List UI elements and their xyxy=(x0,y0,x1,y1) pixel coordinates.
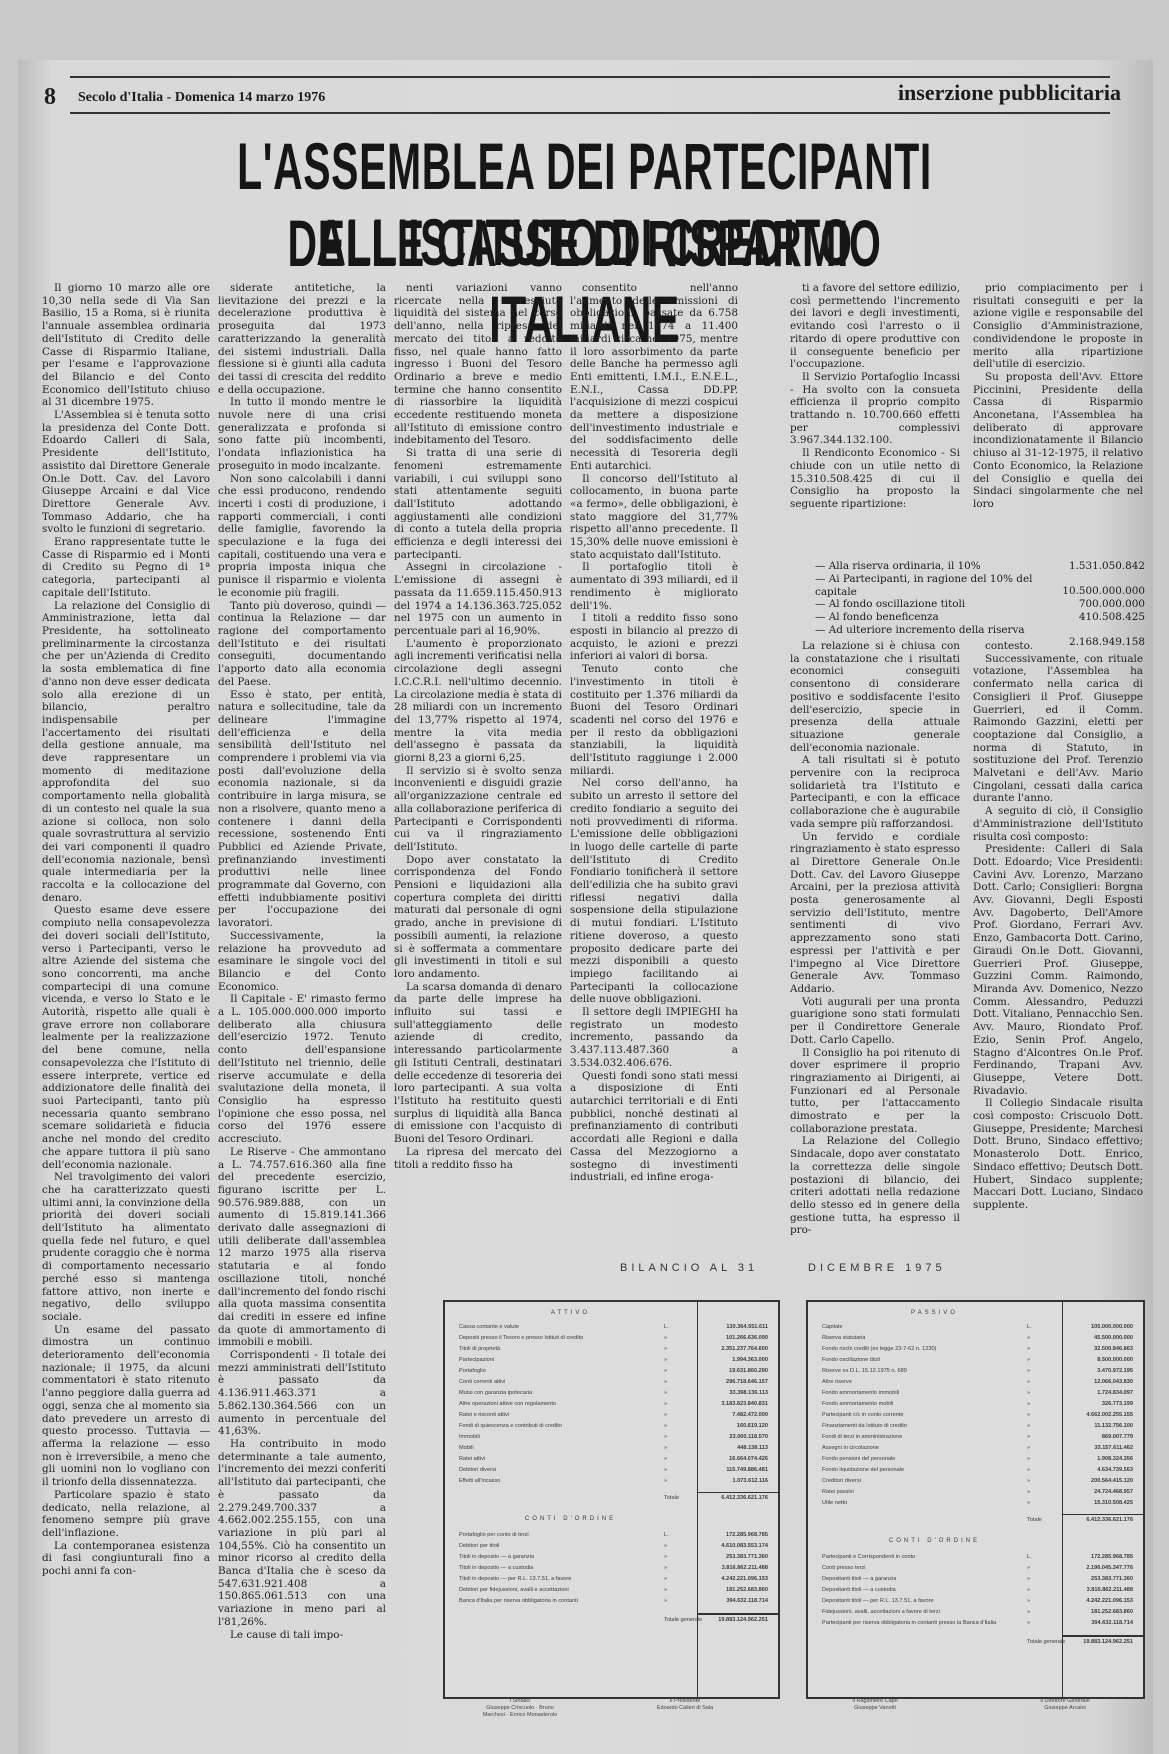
article-paragraph: Voti augurali per una pronta guarigione … xyxy=(790,996,960,1047)
balance-label: Cassa contante e valute xyxy=(459,1324,644,1330)
balance-value: 6.412.336.621.176 xyxy=(721,1495,768,1501)
article-paragraph: Particolare spazio è stato dedicato, nel… xyxy=(42,1489,210,1540)
article-paragraph: Su proposta dell'Avv. Ettore Piccinini, … xyxy=(973,371,1143,511)
article-paragraph: consentito nell'anno l'aumento delle emi… xyxy=(570,282,738,473)
balance-title-left: BILANCIO AL 31 xyxy=(620,1262,758,1274)
signature-names: Giuseppe Vanotti xyxy=(830,1705,920,1712)
article-paragraph: Il Rendiconto Economico - Si chiude con … xyxy=(790,447,960,511)
balance-label: Capitale xyxy=(822,1324,1007,1330)
article-paragraph: Tanto più doveroso, quindi — continua la… xyxy=(218,600,386,689)
article-paragraph: siderate antitetiche, la lievitazione de… xyxy=(218,282,386,396)
balance-label: Creditori diversi xyxy=(822,1478,1007,1484)
article-paragraph: Il settore degli IMPIEGHI ha registrato … xyxy=(570,1006,738,1070)
currency-mark: » xyxy=(664,1390,667,1396)
balance-label: Debitori diversi xyxy=(459,1467,644,1473)
article-paragraph: Le Riserve - Che ammontano a L. 74.757.6… xyxy=(218,1146,386,1349)
balance-row: Cassa contante e valuteL.130.364.551.611 xyxy=(459,1324,772,1332)
currency-mark: » xyxy=(1027,1609,1030,1615)
currency-mark: » xyxy=(664,1379,667,1385)
signature-names: Giuseppe Arcaini xyxy=(1020,1705,1110,1712)
balance-value: 115.749.886.481 xyxy=(726,1467,768,1473)
article-paragraph: I titoli a reddito fisso sono esposti in… xyxy=(570,612,738,663)
signature-block: Il Ragioniere CapoGiuseppe Vanotti xyxy=(830,1698,920,1712)
balance-label: Partecipanti e Corrispondenti in conto xyxy=(822,1554,1007,1560)
currency-mark: » xyxy=(664,1587,667,1593)
article-paragraph: Non sono calcolabili i danni che essi pr… xyxy=(218,473,386,600)
article-paragraph: Esso è stato, per entità, natura e solle… xyxy=(218,689,386,930)
balance-label: Effetti all'incasso xyxy=(459,1478,644,1484)
currency-mark: » xyxy=(664,1346,667,1352)
currency-mark: » xyxy=(664,1478,667,1484)
balance-row: Titoli in deposito — per R.L. 13.7.51, a… xyxy=(459,1576,772,1584)
article-paragraph: Corrispondenti - Il totale dei mezzi amm… xyxy=(218,1349,386,1438)
article-paragraph: Tenuto conto che l'investimento in titol… xyxy=(570,663,738,777)
masthead: Secolo d'Italia - Domenica 14 marzo 1976 xyxy=(78,90,325,106)
balance-row: Effetti all'incasso»1.073.612.116 xyxy=(459,1478,772,1486)
balance-row: Titoli in deposito — a garanzia»253.383.… xyxy=(459,1554,772,1562)
balance-value: 2.196.045.347.776 xyxy=(1086,1565,1133,1571)
article-paragraph: Nel corso dell'anno, ha subito un arrest… xyxy=(570,777,738,1006)
currency-mark: L. xyxy=(1027,1324,1032,1330)
article-paragraph: La contemporanea esistenza di fasi congi… xyxy=(42,1540,210,1578)
article-column-2: siderate antitetiche, la lievitazione de… xyxy=(218,282,386,1752)
balance-value: 253.383.771.360 xyxy=(1091,1576,1133,1582)
balance-label: Fondo liquidazione del personale xyxy=(822,1467,1007,1473)
balance-heading: ATTIVO xyxy=(445,1310,696,1316)
signature-names: Giuseppe Criscuolo · Bruno Marchesi · En… xyxy=(475,1705,565,1719)
article-paragraph: La relazione si è chiusa con la constata… xyxy=(790,640,960,754)
currency-mark: L. xyxy=(664,1532,669,1538)
article-paragraph: A tali risultati si è potuto pervenire c… xyxy=(790,754,960,830)
balance-label: Fondo oscillazione titoli xyxy=(822,1357,1007,1363)
balance-row: CapitaleL.105.000.000.000 xyxy=(822,1324,1137,1332)
article-paragraph: Erano rappresentate tutte le Casse di Ri… xyxy=(42,536,210,600)
currency-mark: » xyxy=(664,1543,667,1549)
article-paragraph: Successivamente, con rituale votazione, … xyxy=(973,653,1143,805)
balance-row: Mobili»448.138.113 xyxy=(459,1445,772,1453)
balance-label: Partecipanti per riserva obbligatoria in… xyxy=(822,1620,1007,1626)
balance-label: Fondo ammortamento immobili xyxy=(822,1390,1007,1396)
balance-label: Conti presso terzi xyxy=(822,1565,1007,1571)
currency-mark: » xyxy=(664,1357,667,1363)
currency-mark: » xyxy=(664,1445,667,1451)
balance-value: 15.310.508.425 xyxy=(1094,1500,1133,1506)
balance-value: 448.138.113 xyxy=(737,1445,768,1451)
balance-row: Totale generale19.883.124.962.251 xyxy=(822,1639,1137,1647)
article-paragraph: ti a favore del settore edilizio, così p… xyxy=(790,282,960,371)
balance-value: 12.066.043.830 xyxy=(1094,1379,1133,1385)
signature-block: Il PresidenteEdoardo Calleri di Sala xyxy=(640,1698,730,1712)
balance-label: Fondo rischi crediti (ex legge 23-7-62 n… xyxy=(822,1346,1007,1352)
currency-mark: » xyxy=(664,1412,667,1418)
balance-label: Ratei attivi xyxy=(459,1456,644,1462)
signature-block: Il Direttore GeneraleGiuseppe Arcaini xyxy=(1020,1698,1110,1712)
balance-row: Debitori per titoli»4.610.083.553.174 xyxy=(459,1543,772,1551)
balance-row: Portafoglio»19.631.860.290 xyxy=(459,1368,772,1376)
balance-value: 2.351.237.764.600 xyxy=(721,1346,768,1352)
balance-value: 394.632.118.714 xyxy=(1091,1620,1133,1626)
article-paragraph: contesto. xyxy=(973,640,1143,653)
balance-value: 1.908.324.356 xyxy=(1097,1456,1133,1462)
signature-role: Il Direttore Generale xyxy=(1020,1698,1110,1705)
currency-mark: » xyxy=(1027,1357,1030,1363)
balance-label: Fondo pensioni del personale xyxy=(822,1456,1007,1462)
currency-mark: » xyxy=(664,1598,667,1604)
article-paragraph: La ripresa del mercato dei titoli a redd… xyxy=(394,1146,562,1171)
balance-label: Depositanti titoli — a garanzia xyxy=(822,1576,1007,1582)
balance-label: Depositi presso il Tesoro e presso Istit… xyxy=(459,1335,644,1341)
balance-value: 105.000.000.000 xyxy=(1091,1324,1133,1330)
balance-row: Altre operazioni attive con regolamento»… xyxy=(459,1401,772,1409)
balance-label: Portafoglio xyxy=(459,1368,644,1374)
balance-label: Mobili xyxy=(459,1445,644,1451)
balance-label: Riserva statutaria xyxy=(822,1335,1007,1341)
balance-label: Fondi di quiescenza e contributi di cred… xyxy=(459,1423,644,1429)
balance-row: Utile netto»15.310.508.425 xyxy=(822,1500,1137,1508)
balance-label: Altre riserve xyxy=(822,1379,1007,1385)
currency-mark: » xyxy=(1027,1445,1030,1451)
total-rule xyxy=(698,1492,778,1493)
balance-heading: PASSIVO xyxy=(808,1310,1061,1316)
balance-row: Assegni in circolazione»33.157.611.462 xyxy=(822,1445,1137,1453)
balance-label: Titoli in deposito — a custodia xyxy=(459,1565,644,1571)
article-paragraph: Nel travolgimento dei valori che ha cara… xyxy=(42,1171,210,1323)
article-paragraph: Il portafoglio titoli è aumentato di 393… xyxy=(570,561,738,612)
balance-row: Partecipanti c/c in conto corrente»4.662… xyxy=(822,1412,1137,1420)
balance-row: Mutui con garanzia ipotecaria»33.398.136… xyxy=(459,1390,772,1398)
balance-label: Ratei passivi xyxy=(822,1489,1007,1495)
balance-row: Fondo pensioni del personale»1.908.324.3… xyxy=(822,1456,1137,1464)
balance-value: 326.773.199 xyxy=(1102,1401,1133,1407)
balance-row: Altre riserve»12.066.043.830 xyxy=(822,1379,1137,1387)
article-paragraph: Si tratta di una serie di fenomeni estre… xyxy=(394,447,562,561)
balance-label: Finanziamenti da Istituto di credito xyxy=(822,1423,1007,1429)
article-paragraph: Il Capitale - E' rimasto fermo a L. 105.… xyxy=(218,993,386,1145)
balance-value: 24.724.468.957 xyxy=(1094,1489,1133,1495)
article-paragraph: Presidente: Calleri di Sala Dott. Edoard… xyxy=(973,843,1143,1097)
article-paragraph: nenti variazioni vanno ricercate nella a… xyxy=(394,282,562,447)
article-paragraph: Assegni in circolazione - L'emissione di… xyxy=(394,561,562,637)
balance-sheet-passivo: PASSIVOCapitaleL.105.000.000.000Riserva … xyxy=(806,1300,1145,1699)
balance-row: Fondo liquidazione del personale»4.634.7… xyxy=(822,1467,1137,1475)
grand-total-rule xyxy=(1063,1635,1143,1637)
balance-row: Depositanti titoli — per R.L. 13.7.51, a… xyxy=(822,1598,1137,1606)
balance-row: Banca d'Italia per riserva obbligatoria … xyxy=(459,1598,772,1606)
balance-label: Titoli di proprietà xyxy=(459,1346,644,1352)
article-paragraph: L'aumento è proporzionato agli increment… xyxy=(394,638,562,765)
balance-label: Debitori per titoli xyxy=(459,1543,644,1549)
balance-row: Totale6.412.336.621.176 xyxy=(459,1495,772,1503)
total-rule xyxy=(1063,1514,1143,1515)
balance-value: 869.007.779 xyxy=(1102,1434,1133,1440)
article-paragraph: La Relazione del Collegio Sindacale, dop… xyxy=(790,1135,960,1237)
balance-row: Creditori diversi»200.564.415.120 xyxy=(822,1478,1137,1486)
article-paragraph: Dopo aver constatato la corrispondenza d… xyxy=(394,854,562,981)
currency-mark: » xyxy=(1027,1500,1030,1506)
grand-total-rule xyxy=(698,1613,778,1615)
balance-row: Riserve ex D.L. 15.12.1975 n. 689»3.470.… xyxy=(822,1368,1137,1376)
balance-label: Immobili xyxy=(459,1434,644,1440)
balance-value: 16.664.074.426 xyxy=(729,1456,768,1462)
balance-row: Depositi presso il Tesoro e presso Istit… xyxy=(459,1335,772,1343)
balance-row: Fondo oscillazione titoli»8.500.000.000 xyxy=(822,1357,1137,1365)
balance-value: 4.242.221.096.153 xyxy=(1086,1598,1133,1604)
balance-value: 181.252.683.860 xyxy=(726,1587,768,1593)
signature-role: I Sindaci xyxy=(475,1698,565,1705)
balance-label: Titoli in deposito — per R.L. 13.7.51, a… xyxy=(459,1576,644,1582)
balance-row: Totale6.412.336.621.176 xyxy=(822,1517,1137,1525)
currency-mark: » xyxy=(664,1576,667,1582)
balance-value: 19.631.860.290 xyxy=(729,1368,768,1374)
article-paragraph: prio compiacimento per i risultati conse… xyxy=(973,282,1143,371)
balance-label: Banca d'Italia per riserva obbligatoria … xyxy=(459,1598,644,1604)
currency-mark: » xyxy=(1027,1423,1030,1429)
currency-mark: » xyxy=(1027,1379,1030,1385)
balance-value: 8.500.000.000 xyxy=(1097,1357,1133,1363)
balance-label: Mutui con garanzia ipotecaria xyxy=(459,1390,644,1396)
currency-mark: Totale xyxy=(1027,1517,1042,1523)
article-paragraph: Le cause di tali impo- xyxy=(218,1629,386,1642)
balance-row: Fondo rischi crediti (ex legge 23-7-62 n… xyxy=(822,1346,1137,1354)
article-paragraph: In tutto il mondo mentre le nuvole nere … xyxy=(218,396,386,472)
currency-mark: Totale xyxy=(664,1495,679,1501)
balance-row: Fidejussioni, avalli, accettazioni a fav… xyxy=(822,1609,1137,1617)
currency-mark: » xyxy=(664,1565,667,1571)
currency-mark: » xyxy=(664,1368,667,1374)
balance-value: 296.718.646.157 xyxy=(726,1379,768,1385)
currency-mark: » xyxy=(1027,1412,1030,1418)
balance-label: Assegni in circolazione xyxy=(822,1445,1007,1451)
balance-label: Partecipazioni xyxy=(459,1357,644,1363)
balance-value: 200.564.415.120 xyxy=(1091,1478,1133,1484)
balance-row: Debitori per fidejussioni, avalli e acce… xyxy=(459,1587,772,1595)
balance-label: Utile netto xyxy=(822,1500,1007,1506)
balance-row: Ratei passivi»24.724.468.957 xyxy=(822,1489,1137,1497)
balance-row: Depositanti titoli — a custodia»3.816.86… xyxy=(822,1587,1137,1595)
balance-label: Fondo ammortamento mobili xyxy=(822,1401,1007,1407)
article-paragraph: Il Collegio Sindacale risulta così compo… xyxy=(973,1097,1143,1211)
balance-label: Riserve ex D.L. 15.12.1975 n. 689 xyxy=(822,1368,1007,1374)
currency-mark: » xyxy=(664,1401,667,1407)
balance-value: 3.183.823.840.831 xyxy=(721,1401,768,1407)
article-paragraph: Il servizio si è svolto senza inconvenie… xyxy=(394,765,562,854)
balance-value: 33.398.136.113 xyxy=(729,1390,768,1396)
balance-value: 6.412.336.621.176 xyxy=(1086,1517,1133,1523)
balance-value: 3.816.862.211.488 xyxy=(722,1565,768,1571)
balance-row: Fondi di quiescenza e contributi di cred… xyxy=(459,1423,772,1431)
currency-mark: » xyxy=(664,1423,667,1429)
balance-row: Debitori diversi»115.749.886.481 xyxy=(459,1467,772,1475)
balance-row: Totale generale19.883.124.962.251 xyxy=(459,1617,772,1625)
balance-label: Debitori per fidejussioni, avalli e acce… xyxy=(459,1587,644,1593)
currency-mark: » xyxy=(1027,1456,1030,1462)
signature-role: Il Ragioniere Capo xyxy=(830,1698,920,1705)
balance-value: 11.132.756.100 xyxy=(1094,1423,1133,1429)
balance-row: Fondo ammortamento immobili»1.724.834.09… xyxy=(822,1390,1137,1398)
balance-value: 1.994.363.000 xyxy=(732,1357,768,1363)
article-column-6: prio compiacimento per i risultati conse… xyxy=(973,282,1143,632)
currency-mark: » xyxy=(1027,1598,1030,1604)
balance-row: Partecipanti per riserva obbligatoria in… xyxy=(822,1620,1137,1628)
balance-label: Titoli in deposito — a garanzia xyxy=(459,1554,644,1560)
balance-value: 172.285.968.785 xyxy=(726,1532,768,1538)
balance-value: 101.266.636.090 xyxy=(726,1335,768,1341)
balance-label: Depositanti titoli — a custodia xyxy=(822,1587,1007,1593)
currency-mark: » xyxy=(1027,1467,1030,1473)
balance-row: Immobili»23.000.118.570 xyxy=(459,1434,772,1442)
currency-mark: » xyxy=(1027,1390,1030,1396)
balance-value: 7.482.472.000 xyxy=(732,1412,768,1418)
article-paragraph: Questi fondi sono stati messi a disposiz… xyxy=(570,1070,738,1184)
balance-value: 4.610.083.553.174 xyxy=(721,1543,768,1549)
currency-mark: » xyxy=(664,1456,667,1462)
balance-label: Depositanti titoli — per R.L. 13.7.51, a… xyxy=(822,1598,1007,1604)
article-paragraph: Un esame del passato dimostra un continu… xyxy=(42,1324,210,1489)
currency-mark: » xyxy=(1027,1576,1030,1582)
article-column-3: nenti variazioni vanno ricercate nella a… xyxy=(394,282,562,1252)
currency-mark: » xyxy=(664,1467,667,1473)
currency-mark: » xyxy=(1027,1587,1030,1593)
balance-value: 33.157.611.462 xyxy=(1094,1445,1133,1451)
currency-mark: » xyxy=(1027,1401,1030,1407)
balance-row: Ratei attivi»16.664.074.426 xyxy=(459,1456,772,1464)
article-paragraph: A seguito di ciò, il Consiglio d'Amminis… xyxy=(973,805,1143,843)
currency-mark: Totale generale xyxy=(1027,1639,1065,1645)
balance-value: 3.816.862.211.488 xyxy=(1087,1587,1133,1593)
currency-mark: Totale generale xyxy=(664,1617,702,1623)
balance-row: Titoli in deposito — a custodia»3.816.86… xyxy=(459,1565,772,1573)
article-column-4: consentito nell'anno l'aumento delle emi… xyxy=(570,282,738,1252)
balance-label: Partecipanti c/c in conto corrente xyxy=(822,1412,1007,1418)
balance-value: 45.500.000.000 xyxy=(1094,1335,1133,1341)
signature-role: Il Presidente xyxy=(640,1698,730,1705)
currency-mark: » xyxy=(664,1434,667,1440)
balance-value: 1.724.834.097 xyxy=(1097,1390,1133,1396)
balance-row: Finanziamenti da Istituto di credito»11.… xyxy=(822,1423,1137,1431)
signature-block: I SindaciGiuseppe Criscuolo · Bruno Marc… xyxy=(475,1698,565,1719)
currency-mark: » xyxy=(1027,1346,1030,1352)
balance-label: Conti correnti attivi xyxy=(459,1379,644,1385)
currency-mark: » xyxy=(1027,1478,1030,1484)
balance-value: 23.000.118.570 xyxy=(729,1434,768,1440)
balance-value: 160.619.120 xyxy=(737,1423,768,1429)
article-paragraph: Il Consiglio ha poi ritenuto di dover es… xyxy=(790,1047,960,1136)
balance-row: Ratei e risconti attivi»7.482.472.000 xyxy=(459,1412,772,1420)
article-paragraph: Ha contribuito in modo determinante a ta… xyxy=(218,1438,386,1629)
currency-mark: » xyxy=(1027,1565,1030,1571)
balance-row: Fondi di terzi in amministrazione»869.00… xyxy=(822,1434,1137,1442)
currency-mark: » xyxy=(1027,1434,1030,1440)
currency-mark: » xyxy=(664,1554,667,1560)
signature-names: Edoardo Calleri di Sala xyxy=(640,1705,730,1712)
currency-mark: L. xyxy=(664,1324,669,1330)
balance-row: Fondo ammortamento mobili»326.773.199 xyxy=(822,1401,1137,1409)
balance-value: 130.364.551.611 xyxy=(726,1324,768,1330)
balance-row: Portafoglio per conto di terziL.172.285.… xyxy=(459,1532,772,1540)
balance-value: 19.883.124.962.251 xyxy=(1083,1639,1133,1645)
article-column-lower-1: La relazione si è chiusa con la constata… xyxy=(790,640,960,1260)
article-paragraph: Successivamente, la relazione ha provved… xyxy=(218,930,386,994)
section-rubric: inserzione pubblicitaria xyxy=(898,80,1121,106)
top-rule xyxy=(70,76,1110,78)
conti-ordine-heading: CONTI D'ORDINE xyxy=(808,1538,1061,1544)
currency-mark: L. xyxy=(1027,1554,1032,1560)
balance-label: Ratei e risconti attivi xyxy=(459,1412,644,1418)
balance-value: 4.242.221.096.153 xyxy=(721,1576,768,1582)
article-paragraph: Un fervido e cordiale ringraziamento è s… xyxy=(790,831,960,996)
balance-sheet-attivo: ATTIVOCassa contante e valuteL.130.364.5… xyxy=(443,1300,780,1699)
balance-row: Partecipazioni»1.994.363.000 xyxy=(459,1357,772,1365)
currency-mark: » xyxy=(1027,1368,1030,1374)
balance-value: 4.662.002.255.155 xyxy=(1086,1412,1133,1418)
balance-value: 394.632.118.714 xyxy=(726,1598,768,1604)
currency-mark: » xyxy=(664,1335,667,1341)
header-rule xyxy=(70,112,1110,114)
balance-value: 32.500.846.863 xyxy=(1094,1346,1133,1352)
article-paragraph: L'Assemblea si è tenuta sotto la preside… xyxy=(42,409,210,536)
balance-value: 181.252.683.860 xyxy=(1091,1609,1133,1615)
balance-row: Conti correnti attivi»296.718.646.157 xyxy=(459,1379,772,1387)
balance-value: 1.073.612.116 xyxy=(733,1478,768,1484)
balance-value: 19.883.124.962.251 xyxy=(718,1617,768,1623)
balance-label: Fondi di terzi in amministrazione xyxy=(822,1434,1007,1440)
balance-value: 4.634.739.563 xyxy=(1097,1467,1133,1473)
balance-value: 3.470.972.195 xyxy=(1097,1368,1133,1374)
article-paragraph: Questo esame deve essere compiuto nella … xyxy=(42,904,210,1171)
article-paragraph: La relazione del Consiglio di Amministra… xyxy=(42,600,210,905)
article-column-5: ti a favore del settore edilizio, così p… xyxy=(790,282,960,632)
balance-row: Partecipanti e Corrispondenti in contoL.… xyxy=(822,1554,1137,1562)
article-paragraph: Il giorno 10 marzo alle ore 10,30 nella … xyxy=(42,282,210,409)
balance-row: Titoli di proprietà»2.351.237.764.600 xyxy=(459,1346,772,1354)
balance-row: Conti presso terzi»2.196.045.347.776 xyxy=(822,1565,1137,1573)
balance-value: 253.383.771.360 xyxy=(726,1554,768,1560)
article-paragraph: Il Servizio Portafoglio Incassi - Ha svo… xyxy=(790,371,960,447)
balance-label: Fidejussioni, avalli, accettazioni a fav… xyxy=(822,1609,1007,1615)
currency-mark: » xyxy=(1027,1335,1030,1341)
balance-row: Riserva statutaria»45.500.000.000 xyxy=(822,1335,1137,1343)
article-column-lower-2: contesto.Successivamente, con rituale vo… xyxy=(973,640,1143,1260)
balance-label: Altre operazioni attive con regolamento xyxy=(459,1401,644,1407)
article-paragraph: Il concorso dell'Istituto al collocament… xyxy=(570,473,738,562)
article-paragraph: La scarsa domanda di denaro da parte del… xyxy=(394,981,562,1146)
page-number: 8 xyxy=(44,84,56,111)
balance-value: 172.285.968.785 xyxy=(1091,1554,1133,1560)
currency-mark: » xyxy=(1027,1489,1030,1495)
conti-ordine-heading: CONTI D'ORDINE xyxy=(445,1516,696,1522)
balance-row: Depositanti titoli — a garanzia»253.383.… xyxy=(822,1576,1137,1584)
balance-title-right: DICEMBRE 1975 xyxy=(808,1262,946,1274)
currency-mark: » xyxy=(1027,1620,1030,1626)
balance-label: Portafoglio per conto di terzi xyxy=(459,1532,644,1538)
article-column-1: Il giorno 10 marzo alle ore 10,30 nella … xyxy=(42,282,210,1752)
